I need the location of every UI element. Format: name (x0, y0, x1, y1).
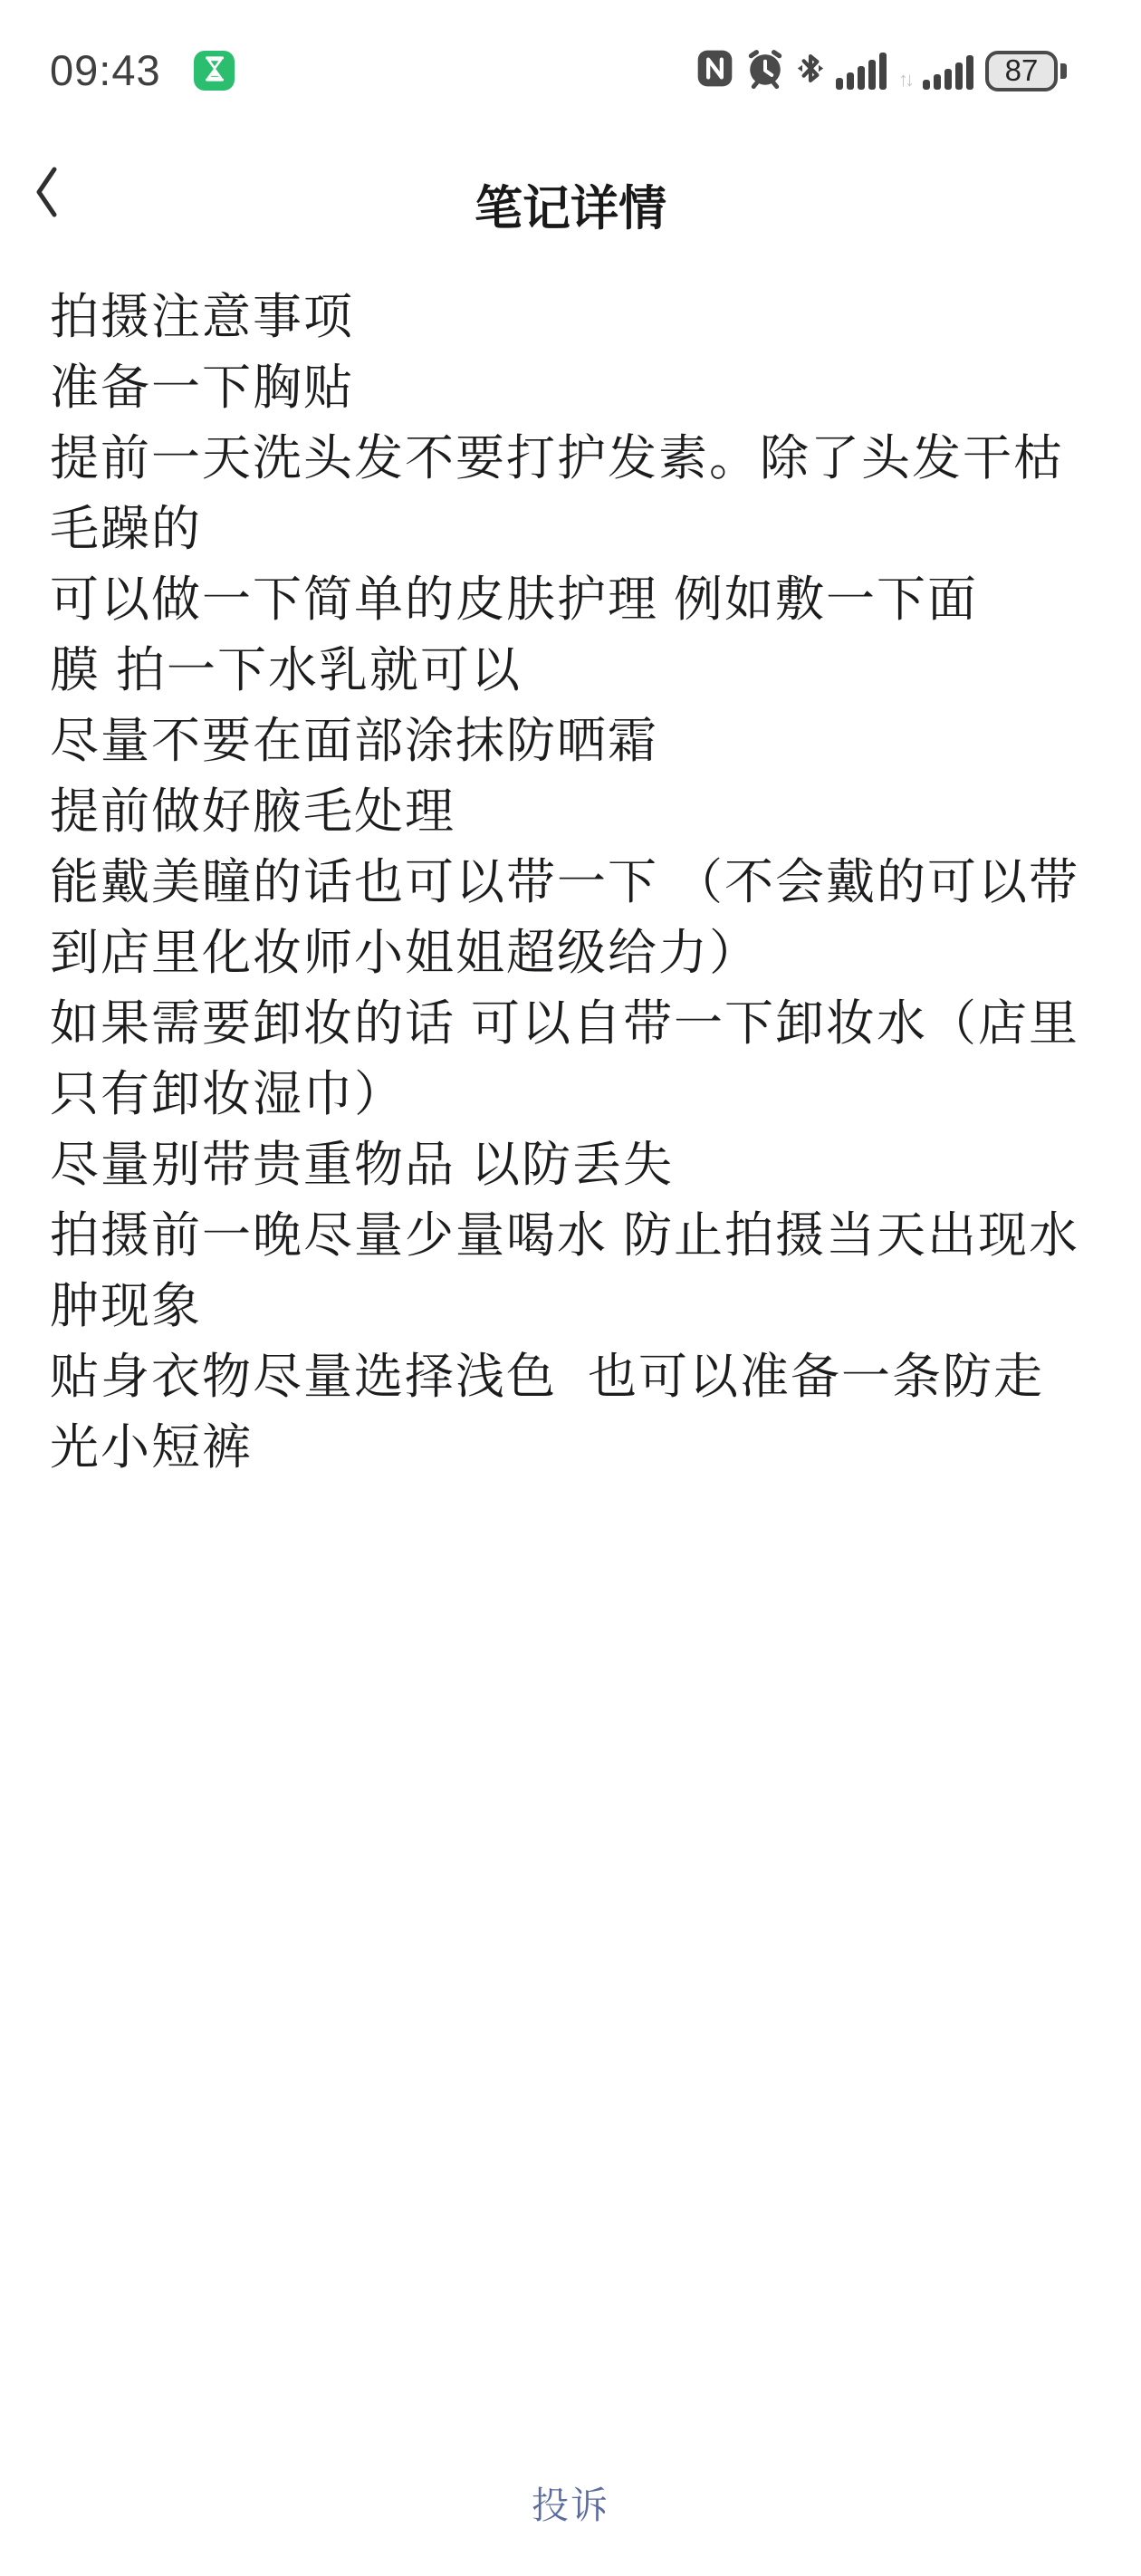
note-line: 毛躁的 (50, 494, 1105, 564)
signal-icon-sim1 (836, 52, 887, 90)
screen-time-badge (194, 51, 235, 91)
note-line: 光小短裤 (50, 1412, 1105, 1483)
note-line: 可以做一下简单的皮肤护理 例如敷一下面 (50, 564, 1105, 635)
note-line: 尽量不要在面部涂抹防晒霜 (50, 706, 1105, 776)
note-line: 提前做好腋毛处理 (50, 776, 1105, 847)
bluetooth-icon (797, 47, 824, 94)
alarm-icon (745, 47, 785, 94)
hourglass-icon (199, 53, 230, 89)
note-line: 如果需要卸妆的话 可以自带一下卸妆水（店里 (50, 988, 1105, 1059)
note-line: 只有卸妆湿巾） (50, 1059, 1105, 1129)
report-button[interactable]: 投诉 (0, 2475, 1141, 2529)
note-line: 准备一下胸贴 (50, 352, 1105, 423)
nav-header: 笔记详情 (0, 145, 1141, 263)
note-line: 提前一天洗头发不要打护发素。除了头发干枯 (50, 423, 1105, 494)
note-line: 能戴美瞳的话也可以带一下 （不会戴的可以带 (50, 847, 1105, 918)
note-line: 贴身衣物尽量选择浅色 也可以准备一条防走 (50, 1341, 1105, 1412)
network-activity-icon: ↑↓ (898, 52, 911, 90)
nfc-icon (696, 47, 733, 94)
page-title: 笔记详情 (0, 170, 1141, 239)
note-line: 拍摄注意事项 (50, 282, 1105, 352)
battery-icon: 87 (985, 51, 1067, 91)
note-line: 拍摄前一晚尽量少量喝水 防止拍摄当天出现水 (50, 1200, 1105, 1271)
note-line: 尽量别带贵重物品 以防丢失 (50, 1129, 1105, 1200)
clock-time: 09:43 (50, 45, 161, 95)
note-line: 到店里化妆师小姐姐超级给力） (50, 918, 1105, 988)
status-bar: 09:43 (0, 0, 1141, 109)
status-icon-cluster: ↑↓ 87 (696, 49, 1067, 92)
battery-nub (1060, 63, 1067, 79)
note-line: 膜 拍一下水乳就可以 (50, 635, 1105, 706)
note-line: 肿现象 (50, 1271, 1105, 1341)
note-content: 拍摄注意事项 准备一下胸贴 提前一天洗头发不要打护发素。除了头发干枯 毛躁的 可… (50, 282, 1105, 1483)
battery-percent: 87 (985, 51, 1058, 91)
signal-icon-sim2 (923, 52, 973, 90)
